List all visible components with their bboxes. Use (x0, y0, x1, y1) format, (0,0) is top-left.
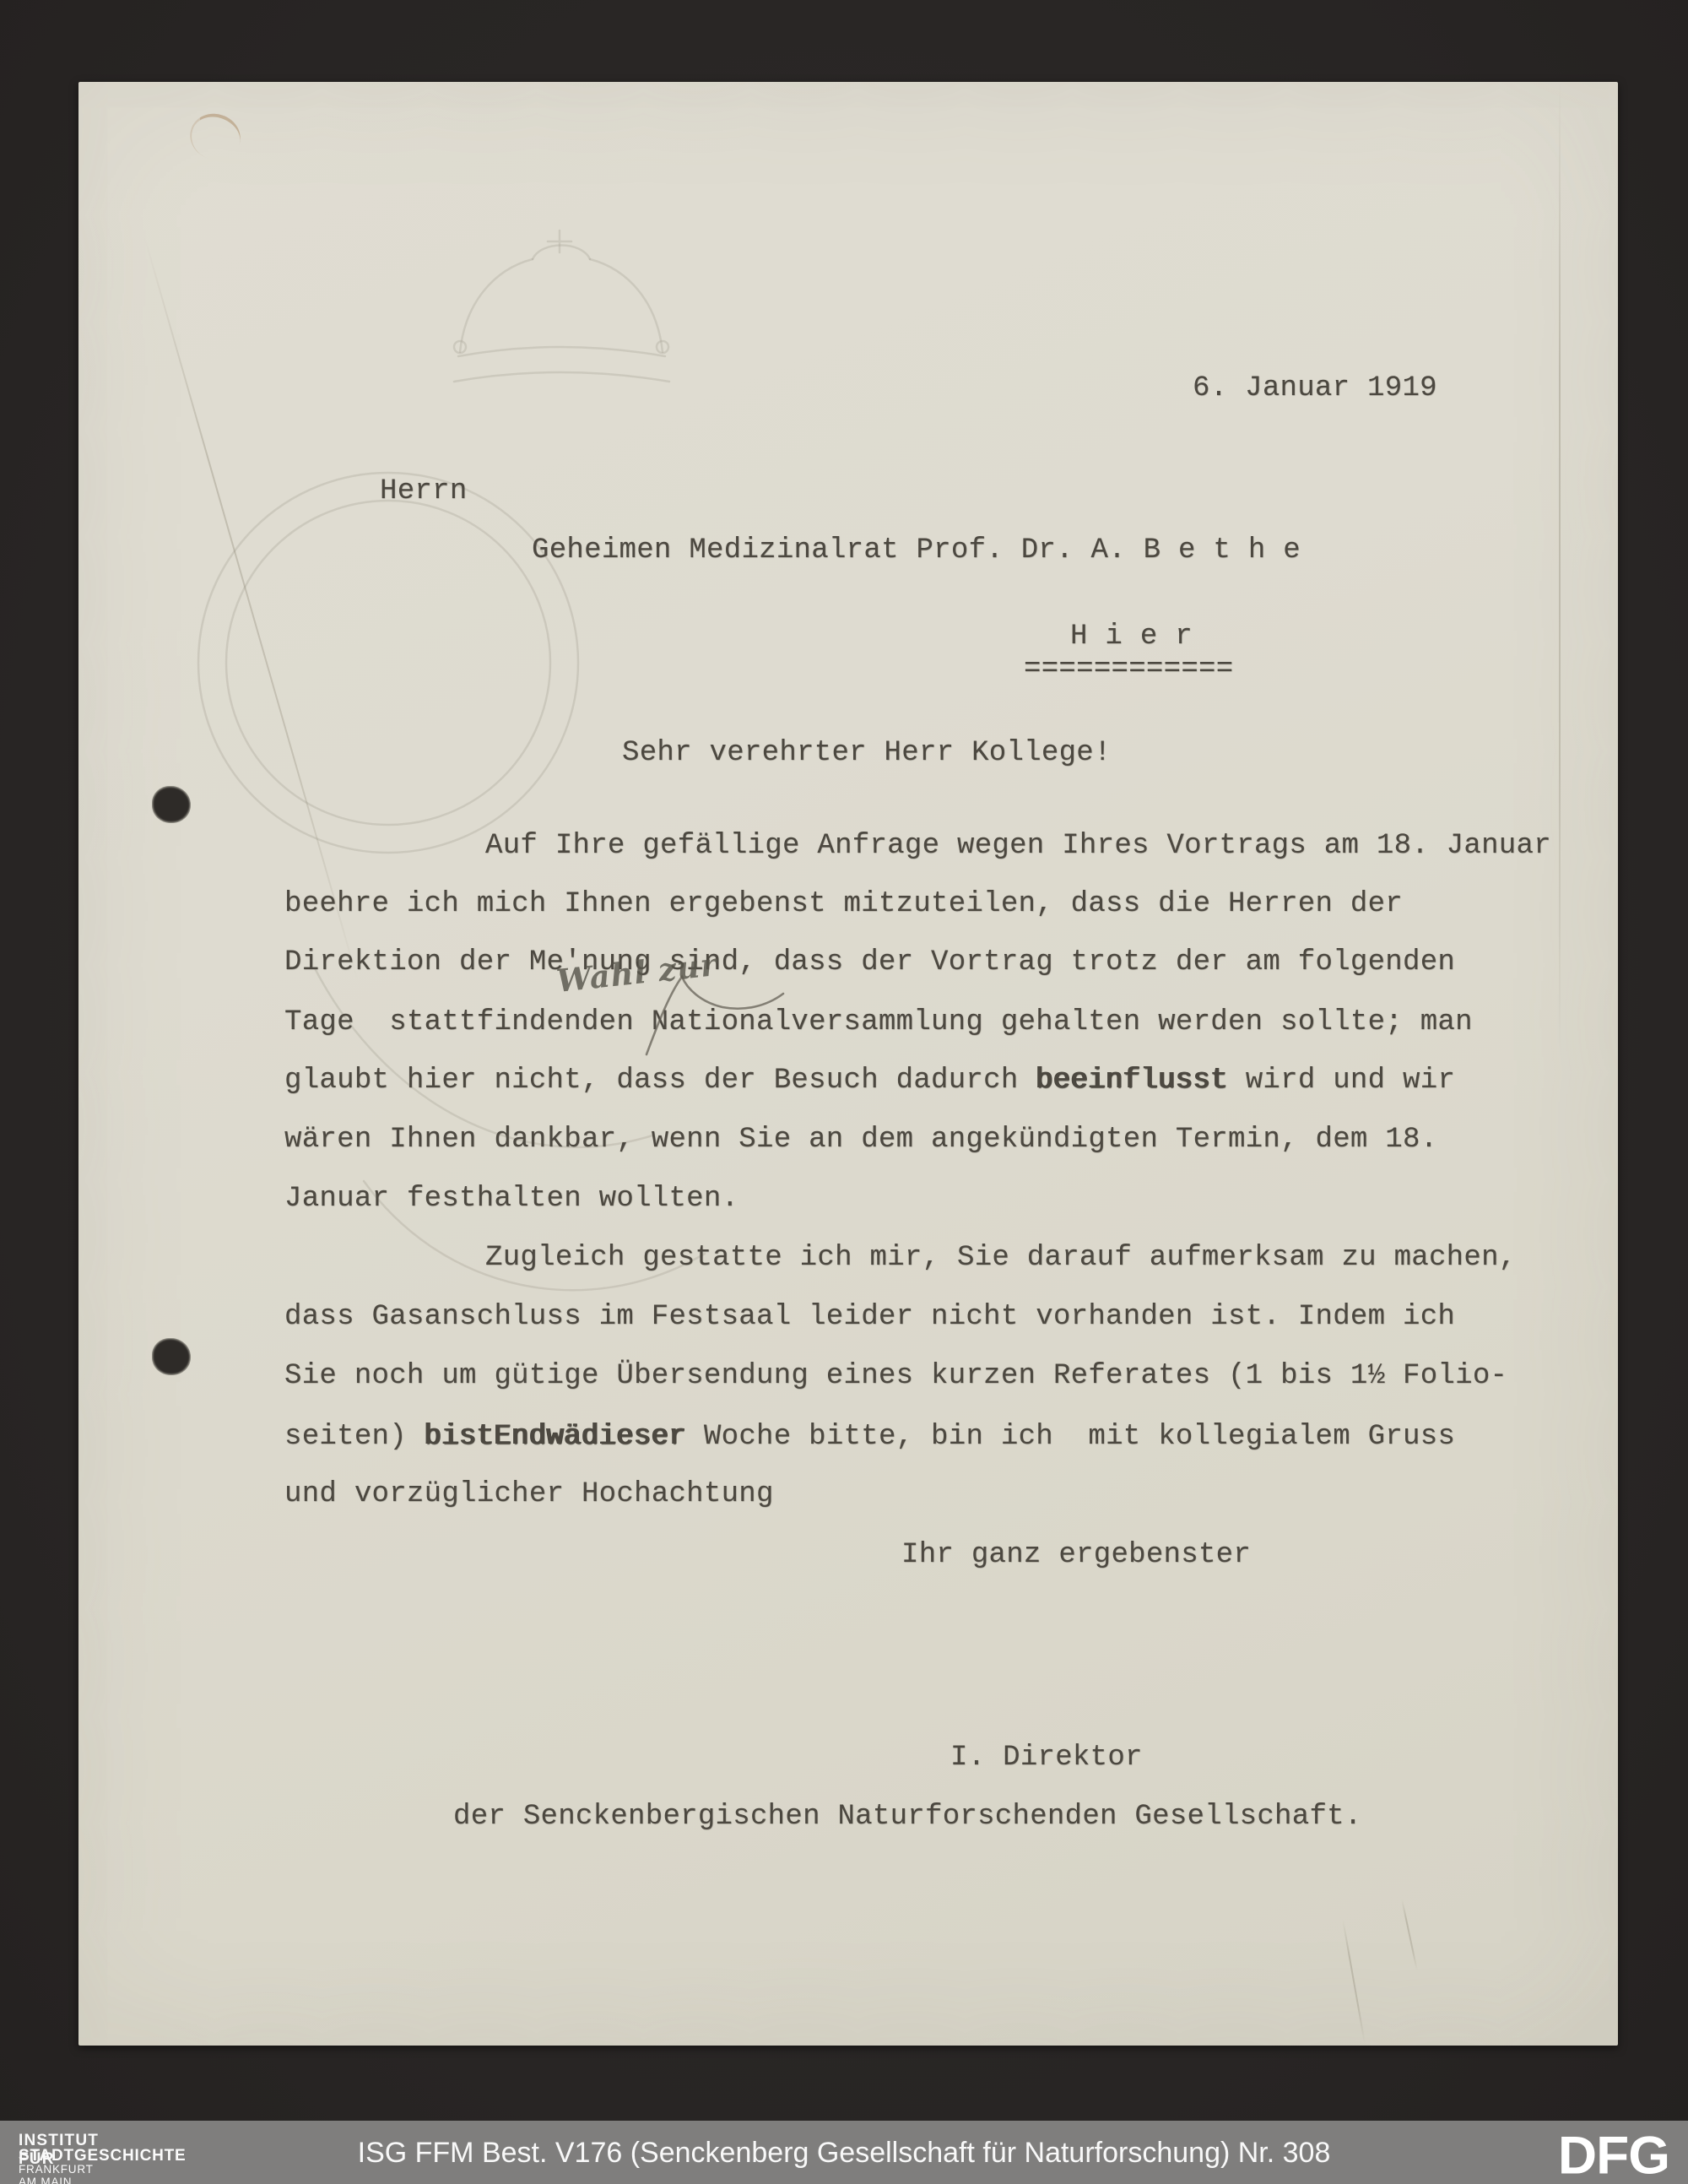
scan-frame: 6. Januar 1919 Herrn Geheimen Medizinalr… (0, 0, 1688, 2184)
recipient-place: H i e r (1070, 620, 1193, 653)
body-line: und vorzüglicher Hochachtung (284, 1477, 774, 1511)
body-line: Direktion der Me'nung sind, dass der Vor… (284, 946, 1455, 979)
recipient-place-underline: ============ (1024, 653, 1233, 686)
line-segment: glaubt hier nicht, dass der Besuch dadur… (284, 1065, 1036, 1097)
line-segment: wird und wir (1228, 1065, 1455, 1097)
salutation: Sehr verehrter Herr Kollege! (622, 736, 1112, 770)
hole-punch-top (152, 786, 191, 823)
dfg-logo: DFG (1558, 2125, 1669, 2184)
isg-logo-line3: FRANKFURT AM MAIN (19, 2163, 93, 2184)
letter-date: 6. Januar 1919 (1193, 371, 1437, 405)
signature-title: I. Direktor (950, 1741, 1143, 1775)
body-line-overstruck: glaubt hier nicht, dass der Besuch dadur… (284, 1064, 1455, 1097)
body-line-overstruck: seiten) bistEndwädieser Woche bitte, bin… (284, 1420, 1455, 1454)
body-line: Zugleich gestatte ich mir, Sie darauf au… (485, 1241, 1517, 1275)
body-line: dass Gasanschluss im Festsaal leider nic… (284, 1300, 1455, 1334)
body-line: Januar festhalten wollten. (284, 1182, 738, 1216)
paper-crease (1559, 82, 1561, 1053)
overstruck-word: beeinflusst (1036, 1065, 1228, 1097)
line-segment: seiten) (284, 1421, 425, 1453)
archive-reference: ISG FFM Best. V176 (Senckenberg Gesellsc… (358, 2137, 1331, 2170)
body-line: Sie noch um gütige Übersendung eines kur… (284, 1359, 1507, 1393)
overstruck-word: bistEndwädieser (425, 1421, 687, 1453)
recipient-intro: Herrn (380, 474, 468, 508)
body-line: beehre ich mich Ihnen ergebenst mitzutei… (284, 887, 1403, 921)
letter-page: 6. Januar 1919 Herrn Geheimen Medizinalr… (78, 82, 1618, 2046)
archive-footer-bar: INSTITUT FÜR STADTGESCHICHTE FRANKFURT A… (0, 2121, 1688, 2184)
paper-stain (184, 107, 246, 166)
paper-crease (1342, 1920, 1365, 2043)
body-line: Auf Ihre gefällige Anfrage wegen Ihres V… (485, 829, 1551, 863)
line-segment: Woche bitte, bin ich mit kollegialem Gru… (686, 1421, 1455, 1453)
closing-line: Ihr ganz ergebenster (901, 1538, 1251, 1572)
hole-punch-bottom (152, 1338, 191, 1375)
body-line: Tage stattfindenden Nationalversammlung … (284, 1005, 1473, 1039)
body-line: wären Ihnen dankbar, wenn Sie an dem ang… (284, 1123, 1437, 1157)
insertion-caret-mark (591, 967, 827, 1059)
recipient-name: Geheimen Medizinalrat Prof. Dr. A. B e t… (532, 534, 1301, 567)
paper-crease (1401, 1899, 1417, 1970)
signature-org: der Senckenbergischen Naturforschenden G… (453, 1800, 1362, 1834)
